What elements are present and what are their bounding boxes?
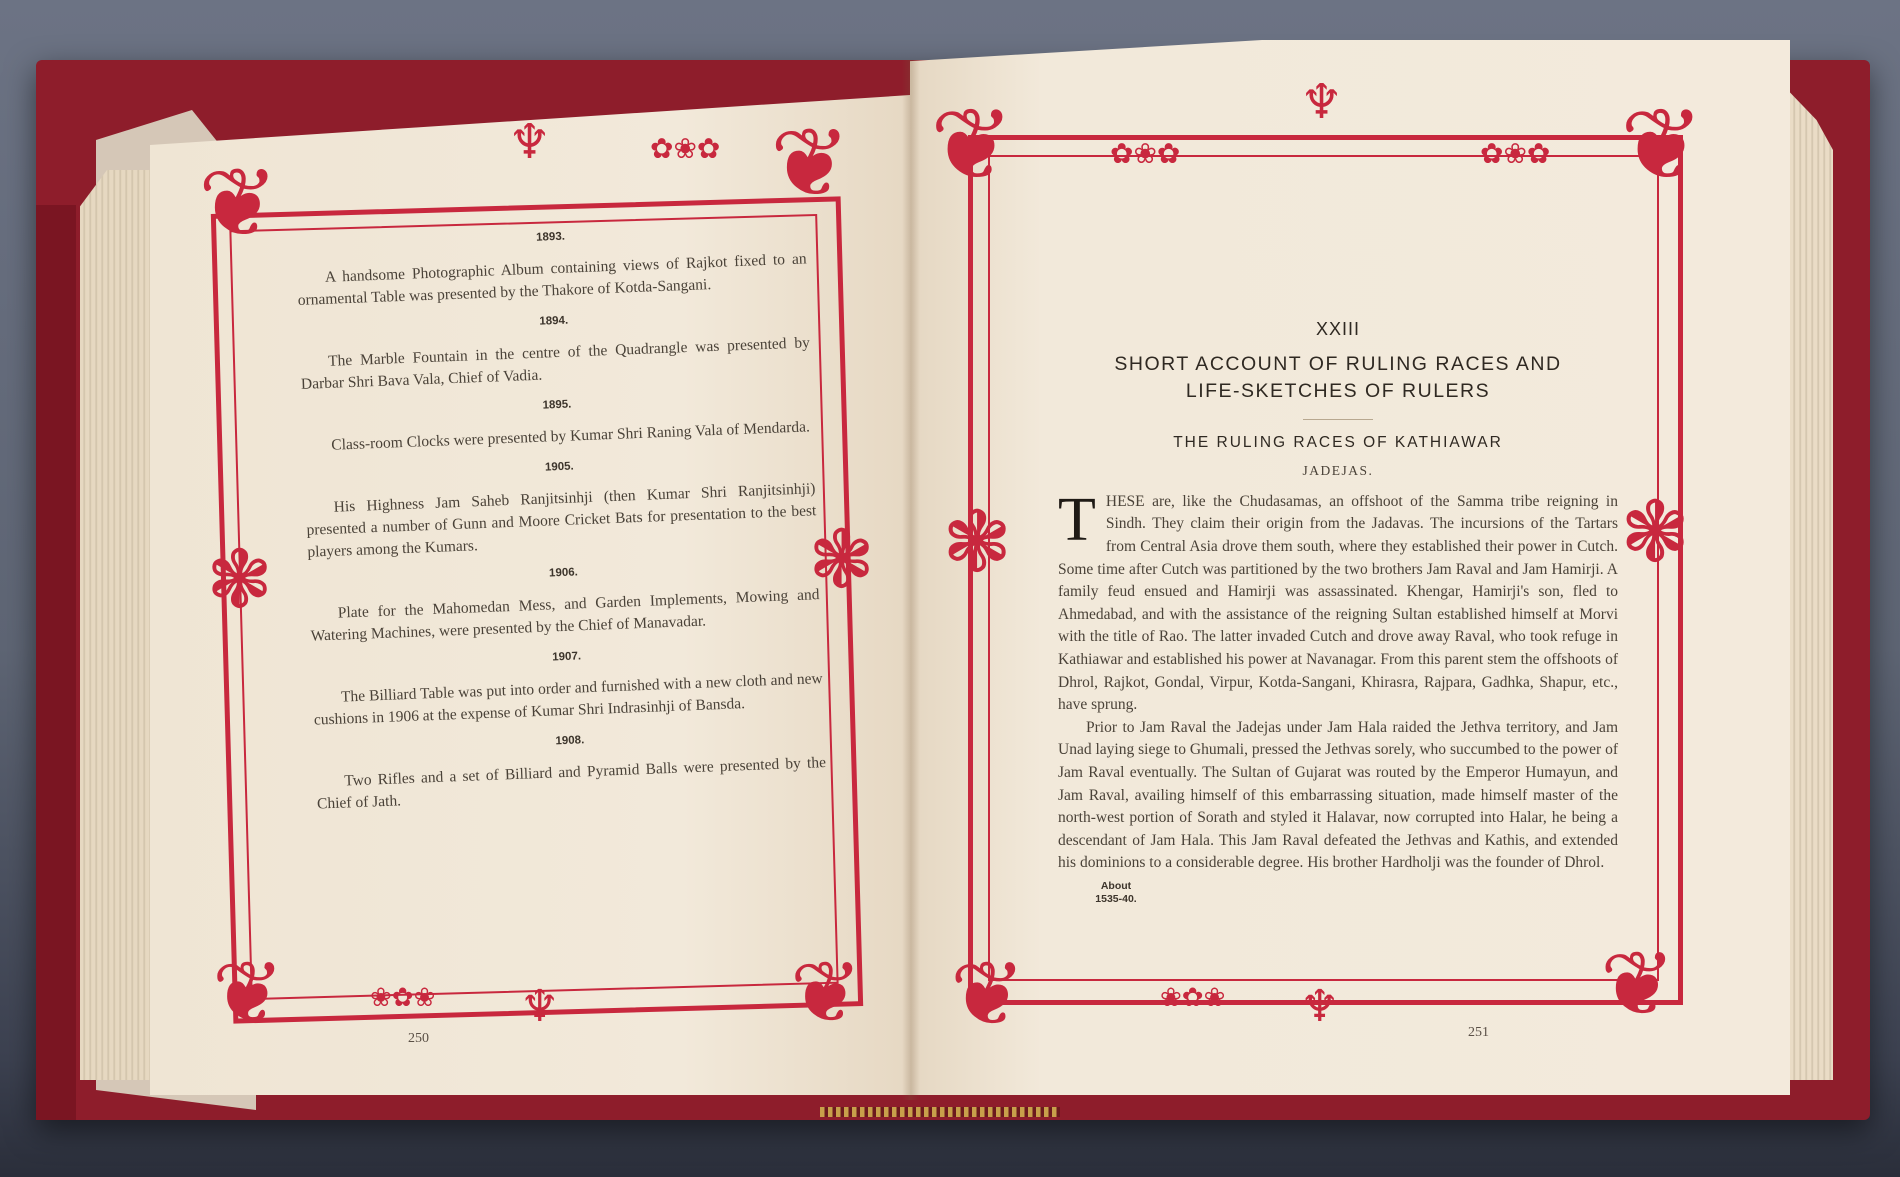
left-corner-ornament-br: ❦ [790,950,862,1036]
entry-1893: 1893. A handsome Photographic Album cont… [295,216,808,312]
right-corner-ornament-tr: ❦ [1620,95,1704,195]
left-page-number: 250 [408,1031,429,1047]
book-gutter [902,60,920,1100]
margin-date-note: About 1535-40. [1086,880,1146,906]
right-floral-sprig-top-left: ✿❀✿ [1110,140,1180,168]
left-side-cartouche-left: ❃ [206,540,273,620]
left-corner-ornament-tr: ❦ [770,115,850,211]
left-floral-sprig-bottom: ❀✿❀ [370,985,435,1011]
book-cover-edge [36,205,76,1120]
chapter-number: XXIII [1058,318,1618,341]
chapter-title-line-2: LIFE-SKETCHES OF RULERS [1058,378,1618,405]
book-headband [820,1107,1060,1117]
right-corner-ornament-tl: ❦ [930,95,1014,195]
right-page-text: XXIII SHORT ACCOUNT OF RULING RACES AND … [1058,318,1618,875]
title-divider [1303,419,1373,420]
entry-1908: 1908. Two Rifles and a set of Billiard a… [315,720,828,816]
margin-note-line-1: About [1086,880,1146,893]
chapter-title-line-1: SHORT ACCOUNT OF RULING RACES AND [1058,351,1618,378]
entry-1906: 1906. Plate for the Mahomedan Mess, and … [308,552,821,648]
right-corner-ornament-br: ❦ [1600,940,1675,1030]
drop-cap: T [1058,495,1096,545]
right-side-cartouche-right: ❃ [1620,490,1690,574]
entry-1907: 1907. The Billiard Table was put into or… [311,636,824,732]
entry-1895: 1895. Class-room Clocks were presented b… [302,384,814,458]
left-floral-sprig-top: ✿❀✿ [650,135,720,163]
right-floral-sprig-top-right: ✿❀✿ [1480,140,1550,168]
left-corner-ornament-bl: ❦ [212,950,284,1036]
right-corner-ornament-bl: ❦ [950,950,1025,1040]
margin-note-line-2: 1535-40. [1086,893,1146,906]
right-bottom-urn-ornament: ♆ [1300,985,1339,1029]
right-page-number: 251 [1468,1025,1489,1041]
left-bottom-urn-ornament: ♆ [520,985,559,1029]
paragraph-2: Prior to Jam Raval the Jadejas under Jam… [1058,717,1618,875]
entry-1905: 1905. His Highness Jam Saheb Ranjitsinhj… [304,446,817,564]
right-top-urn-ornament: ♆ [1300,78,1343,126]
left-top-urn-ornament: ♆ [508,118,551,166]
entry-1894: 1894. The Marble Fountain in the centre … [299,300,812,396]
entry-text: His Highness Jam Saheb Ranjitsinhji (the… [305,478,817,564]
paragraph-1-text: HESE are, like the Chudasamas, an offsho… [1058,493,1618,713]
section-heading: JADEJAS. [1058,460,1618,483]
left-corner-ornament-tl: ❦ [198,155,278,251]
left-page-text: 1893. A handsome Photographic Album cont… [295,208,827,819]
paragraph-1: THESE are, like the Chudasamas, an offsh… [1058,491,1618,717]
right-side-cartouche-left: ❃ [942,500,1012,584]
section-subtitle: THE RULING RACES OF KATHIAWAR [1058,432,1618,455]
right-floral-sprig-bottom: ❀✿❀ [1160,985,1225,1011]
chapter-title: SHORT ACCOUNT OF RULING RACES AND LIFE-S… [1058,351,1618,405]
